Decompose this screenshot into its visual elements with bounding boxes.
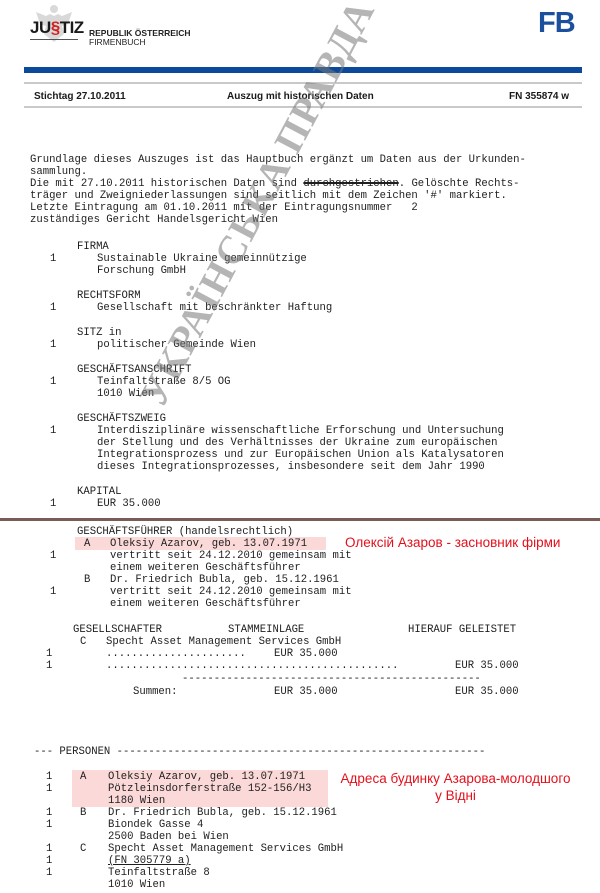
logo-underline <box>30 39 78 40</box>
geleistet-value: EUR 35.000 <box>455 660 519 672</box>
entry-number: 1 <box>50 253 56 265</box>
kapital-line: EUR 35.000 <box>97 498 161 510</box>
entry-number: 1 <box>50 586 56 598</box>
column-header-stammeinlage: STAMMEINLAGE <box>228 624 304 636</box>
dot-leader: ...................... <box>106 648 246 660</box>
sum-label: Summen: <box>133 686 178 698</box>
section-label-firma: FIRMA <box>77 241 109 253</box>
person-line: Pötzleinsdorferstraße 152-156/H3 <box>108 783 311 795</box>
stammeinlage-value: EUR 35.000 <box>274 648 338 660</box>
sum-rule: ----------------------------------------… <box>182 673 481 685</box>
entry-number: 1 <box>46 819 52 831</box>
firma-line: Forschung GmbH <box>97 265 186 277</box>
manager-name-bubla: Dr. Friedrich Bubla, geb. 15.12.1961 <box>110 574 339 586</box>
annotation-line: Адреса будинку Азарова-молодшого <box>333 770 578 787</box>
strikethrough-example: durchgestrichen <box>303 178 398 190</box>
entry-number: 1 <box>46 807 52 819</box>
entry-number: 1 <box>50 376 56 388</box>
zweig-line: Interdisziplinäre wissenschaftliche Erfo… <box>97 425 504 437</box>
person-line: (FN 305779 a) <box>108 855 191 867</box>
intro-line: zuständiges Gericht Handelsgericht Wien <box>30 214 526 226</box>
person-letter: B <box>80 807 86 819</box>
zweig-line: Integrationsprozess und zur Europäischen… <box>97 449 504 461</box>
manager-name-azarov: Oleksiy Azarov, geb. 13.07.1971 <box>110 538 307 550</box>
section-label-kapital: KAPITAL <box>77 486 122 498</box>
section-label-zweig: GESCHÄFTSZWEIG <box>77 413 166 425</box>
annotation-line: у Відні <box>333 787 578 804</box>
dot-leader: ........................................… <box>106 660 398 672</box>
person-letter: A <box>80 771 86 783</box>
person-line: 1180 Wien <box>108 795 165 807</box>
zweig-line: der Stellung und des Verhältnisses der U… <box>97 437 498 449</box>
person-line: Biondek Gasse 4 <box>108 819 203 831</box>
person-line: 2500 Baden bei Wien <box>108 831 229 843</box>
annotation-founder: Олексій Азаров - засновник фірми <box>345 535 560 550</box>
fb-logo: FB <box>538 7 575 40</box>
registry-label: FIRMENBUCH <box>89 37 146 47</box>
section-label-sitz: SITZ in <box>77 327 122 339</box>
person-line: Specht Asset Management Services GmbH <box>108 843 343 855</box>
entry-number: 1 <box>46 783 52 795</box>
entry-number: 1 <box>50 302 56 314</box>
entry-number: 1 <box>46 867 52 879</box>
person-line: Dr. Friedrich Bubla, geb. 15.12.1961 <box>108 807 337 819</box>
sum-geleistet: EUR 35.000 <box>455 686 519 698</box>
section-label-rechtsform: RECHTSFORM <box>77 290 141 302</box>
person-line: 1010 Wien <box>108 879 165 891</box>
manager-detail: einem weiteren Geschäftsführer <box>110 598 301 610</box>
column-header-geleistet: HIERAUF GELEISTET <box>408 624 516 636</box>
entry-number: 1 <box>46 660 52 672</box>
entry-number: 1 <box>50 339 56 351</box>
stichtag-label: Stichtag 27.10.2011 <box>34 91 126 102</box>
column-header-gesellschafter: GESELLSCHAFTER <box>73 624 162 636</box>
shareholder-name: Specht Asset Management Services GmbH <box>106 636 341 648</box>
annotation-address: Адреса будинку Азарова-молодшогоу Відні <box>333 770 578 804</box>
shareholder-letter: C <box>80 636 86 648</box>
manager-detail: vertritt seit 24.12.2010 gemeinsam mit <box>110 586 352 598</box>
person-letter: C <box>80 843 86 855</box>
entry-number: 1 <box>46 648 52 660</box>
entry-number: 1 <box>50 550 56 562</box>
zweig-line: dieses Integrationsprozesses, insbesonde… <box>97 461 485 473</box>
manager-detail: vertritt seit 24.12.2010 gemeinsam mit <box>110 550 352 562</box>
personen-heading: --- PERSONEN ---------------------------… <box>34 746 485 758</box>
section-divider <box>0 518 600 521</box>
manager-detail: einem weiteren Geschäftsführer <box>110 562 301 574</box>
entry-number: 1 <box>46 855 52 867</box>
person-line: Teinfaltstraße 8 <box>108 867 210 879</box>
entry-number: 1 <box>46 843 52 855</box>
justiz-logo: JU§TIZ <box>30 18 84 38</box>
entry-number: 1 <box>50 498 56 510</box>
manager-letter: B <box>84 574 90 586</box>
sum-stammeinlage: EUR 35.000 <box>274 686 338 698</box>
manager-letter: A <box>84 538 90 550</box>
person-line: Oleksiy Azarov, geb. 13.07.1971 <box>108 771 305 783</box>
entry-number: 1 <box>46 771 52 783</box>
fn-number: FN 355874 w <box>509 91 569 102</box>
entry-number: 1 <box>50 425 56 437</box>
